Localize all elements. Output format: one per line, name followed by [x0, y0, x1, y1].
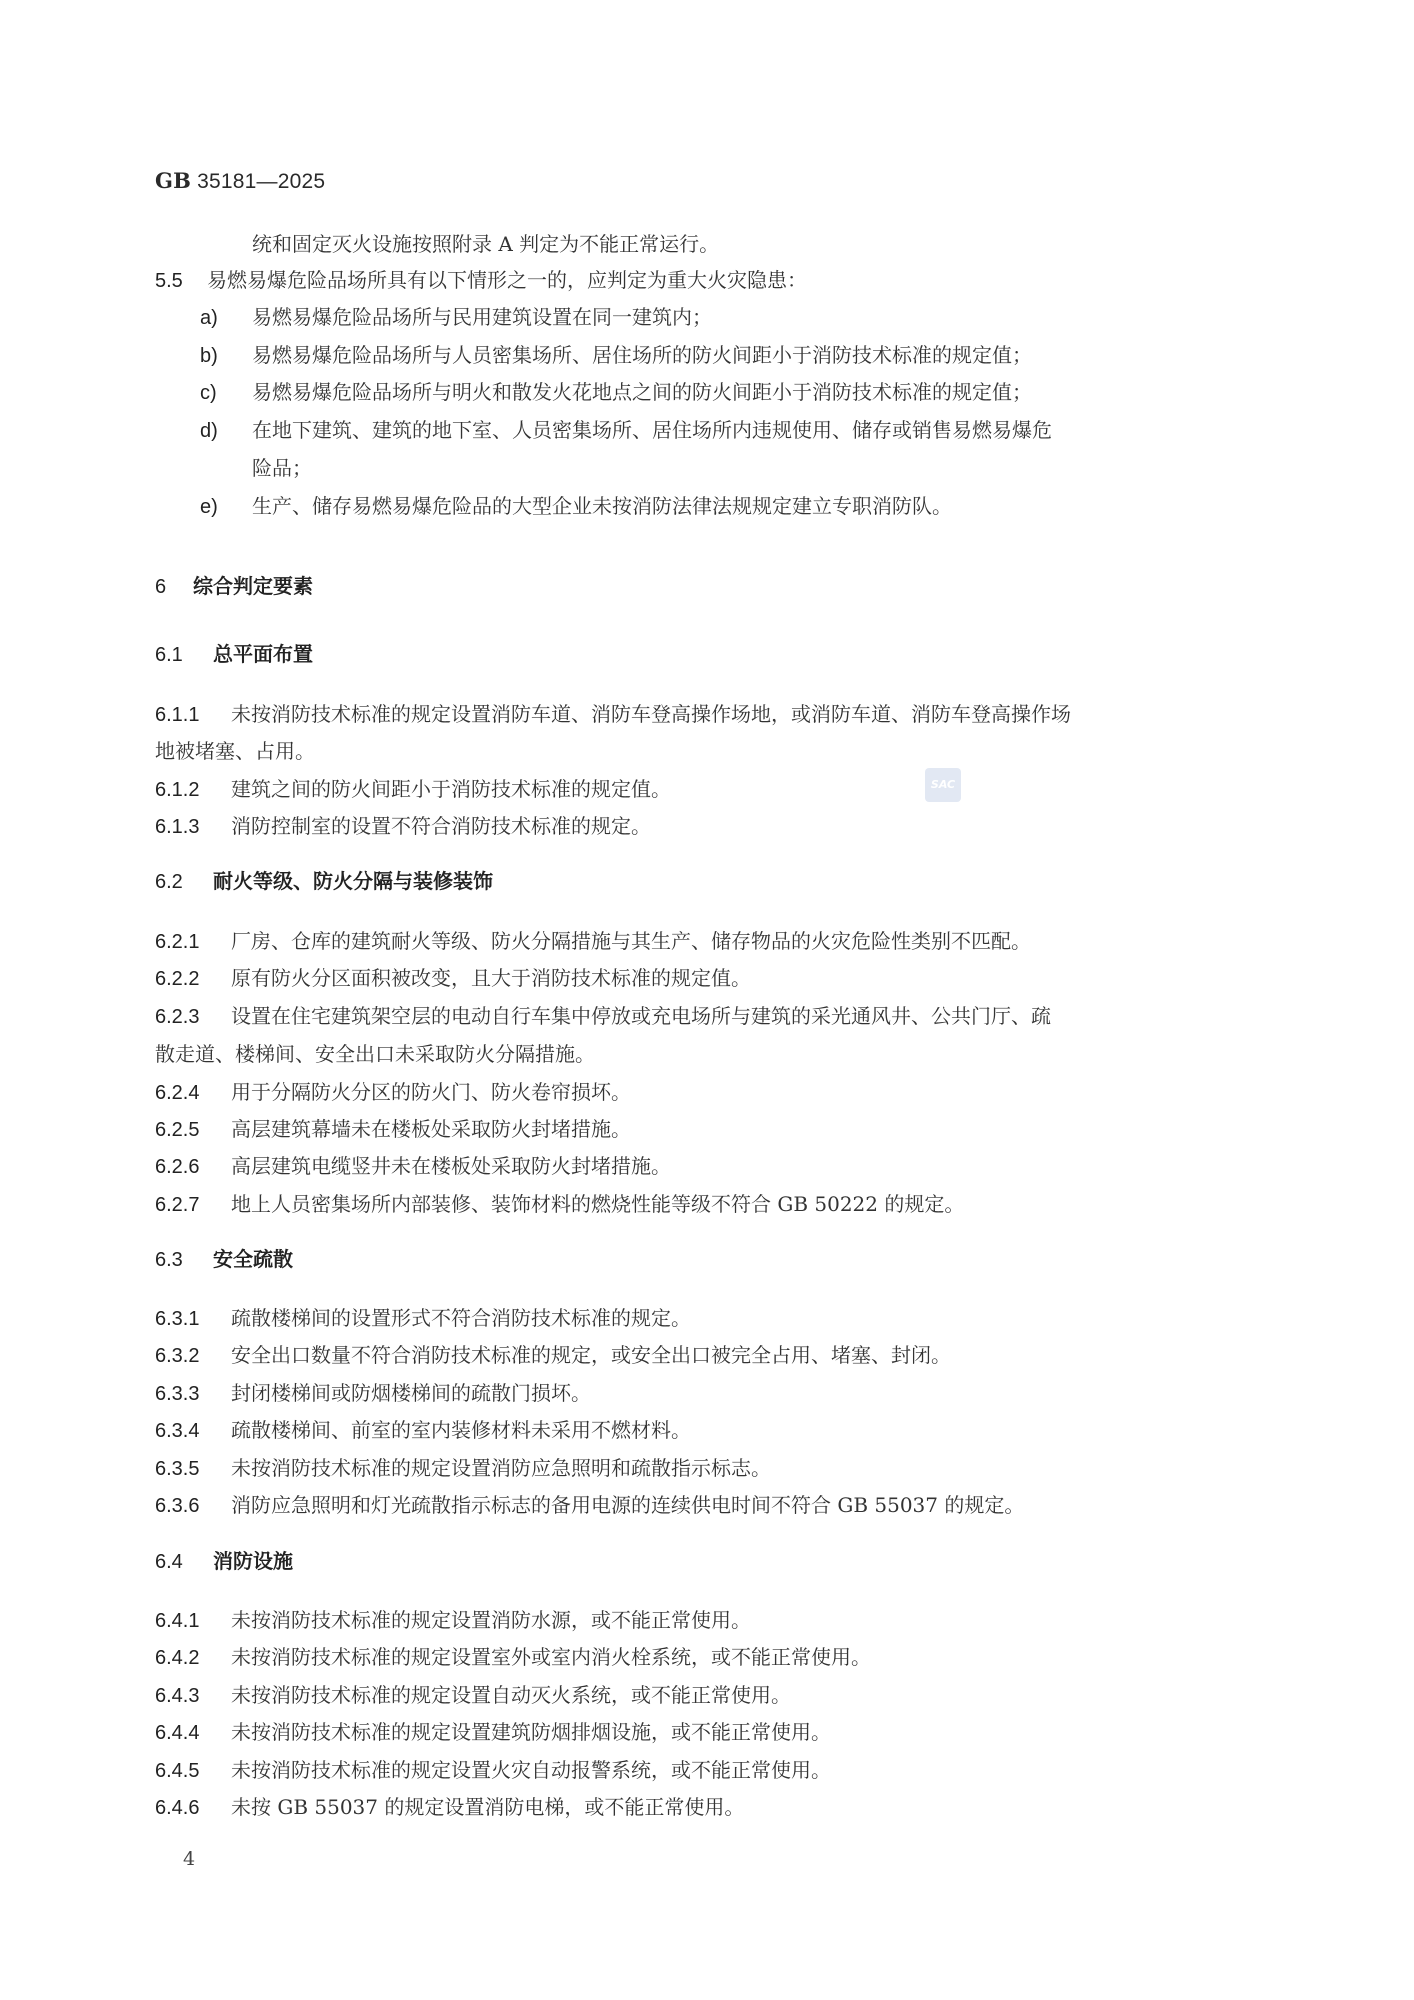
clause-text: 高层建筑幕墙未在楼板处采取防火封堵措施。 — [231, 1117, 631, 1141]
clause-6-2-5: 6.2.5高层建筑幕墙未在楼板处采取防火封堵措施。 — [155, 1115, 631, 1144]
section-6-3-heading: 6.3安全疏散 — [155, 1245, 293, 1274]
standard-code-prefix: GB — [155, 168, 191, 193]
clause-number: 6.4.3 — [155, 1682, 231, 1710]
clause-6-4-3: 6.4.3未按消防技术标准的规定设置自动灭火系统，或不能正常使用。 — [155, 1681, 791, 1710]
continuation-text: 统和固定灭火设施按照附录 A 判定为不能正常运行。 — [252, 230, 719, 258]
section-6-2-heading: 6.2耐火等级、防火分隔与装修装饰 — [155, 867, 493, 896]
clause-6-2-2: 6.2.2原有防火分区面积被改变，且大于消防技术标准的规定值。 — [155, 964, 751, 993]
clause-number: 6.1.1 — [155, 701, 231, 729]
clause-6-3-5: 6.3.5未按消防技术标准的规定设置消防应急照明和疏散指示标志。 — [155, 1454, 771, 1483]
clause-6-2-3: 6.2.3设置在住宅建筑架空层的电动自行车集中停放或充电场所与建筑的采光通风井、… — [155, 1002, 1051, 1031]
clause-text: 未按消防技术标准的规定设置火灾自动报警系统，或不能正常使用。 — [231, 1758, 831, 1782]
clause-6-2-3-continuation: 散走道、楼梯间、安全出口未采取防火分隔措施。 — [155, 1040, 595, 1068]
list-item-c: c)易燃易爆危险品场所与明火和散发火花地点之间的防火间距小于消防技术标准的规定值… — [200, 378, 1032, 407]
clause-number: 6.2.1 — [155, 928, 231, 956]
section-title: 总平面布置 — [213, 642, 313, 666]
clause-number: 6.4.4 — [155, 1719, 231, 1747]
clause-number: 6.3.5 — [155, 1455, 231, 1483]
section-number: 6 — [155, 573, 193, 601]
section-number: 6.3 — [155, 1246, 213, 1274]
clause-number: 6.3.2 — [155, 1342, 231, 1370]
item-label: e) — [200, 493, 252, 521]
clause-text: 未按 GB 55037 的规定设置消防电梯，或不能正常使用。 — [231, 1795, 744, 1819]
clause-number: 6.2.5 — [155, 1116, 231, 1144]
clause-text: 未按消防技术标准的规定设置消防车道、消防车登高操作场地，或消防车道、消防车登高操… — [231, 702, 1071, 726]
section-number: 6.4 — [155, 1548, 213, 1576]
clause-number: 6.4.5 — [155, 1757, 231, 1785]
list-item-d: d)在地下建筑、建筑的地下室、人员密集场所、居住场所内违规使用、储存或销售易燃易… — [200, 416, 1052, 445]
item-label: d) — [200, 417, 252, 445]
clause-6-2-1: 6.2.1厂房、仓库的建筑耐火等级、防火分隔措施与其生产、储存物品的火灾危险性类… — [155, 927, 1031, 956]
clause-text: 未按消防技术标准的规定设置消防应急照明和疏散指示标志。 — [231, 1456, 771, 1480]
clause-number: 6.3.1 — [155, 1305, 231, 1333]
clause-text: 封闭楼梯间或防烟楼梯间的疏散门损坏。 — [231, 1381, 591, 1405]
section-number: 6.2 — [155, 868, 213, 896]
clause-6-3-2: 6.3.2安全出口数量不符合消防技术标准的规定，或安全出口被完全占用、堵塞、封闭… — [155, 1341, 951, 1370]
list-item-d-continuation: 险品； — [252, 454, 312, 482]
standard-code: GB 35181—2025 — [155, 168, 325, 194]
clause-text: 未按消防技术标准的规定设置消防水源，或不能正常使用。 — [231, 1608, 751, 1632]
clause-text: 用于分隔防火分区的防火门、防火卷帘损坏。 — [231, 1080, 631, 1104]
sac-watermark-logo: SAC — [925, 768, 961, 802]
clause-number: 6.2.3 — [155, 1003, 231, 1031]
clause-6-4-6: 6.4.6未按 GB 55037 的规定设置消防电梯，或不能正常使用。 — [155, 1793, 744, 1822]
clause-text: 原有防火分区面积被改变，且大于消防技术标准的规定值。 — [231, 966, 751, 990]
section-title: 消防设施 — [213, 1549, 293, 1573]
item-label: c) — [200, 379, 252, 407]
section-6-1-heading: 6.1总平面布置 — [155, 640, 313, 669]
clause-6-1-3: 6.1.3消防控制室的设置不符合消防技术标准的规定。 — [155, 812, 651, 841]
clause-text: 易燃易爆危险品场所具有以下情形之一的，应判定为重大火灾隐患： — [207, 268, 807, 292]
clause-6-1-2: 6.1.2建筑之间的防火间距小于消防技术标准的规定值。 — [155, 775, 671, 804]
item-text: 易燃易爆危险品场所与明火和散发火花地点之间的防火间距小于消防技术标准的规定值； — [252, 380, 1032, 404]
clause-text: 消防应急照明和灯光疏散指示标志的备用电源的连续供电时间不符合 GB 55037 … — [231, 1493, 1024, 1517]
section-title: 综合判定要素 — [193, 574, 313, 598]
clause-number: 6.3.6 — [155, 1492, 231, 1520]
list-item-a: a)易燃易爆危险品场所与民用建筑设置在同一建筑内； — [200, 303, 712, 332]
clause-number: 5.5 — [155, 267, 207, 295]
item-text: 易燃易爆危险品场所与人员密集场所、居住场所的防火间距小于消防技术标准的规定值； — [252, 343, 1032, 367]
clause-text: 安全出口数量不符合消防技术标准的规定，或安全出口被完全占用、堵塞、封闭。 — [231, 1343, 951, 1367]
clause-text: 消防控制室的设置不符合消防技术标准的规定。 — [231, 814, 651, 838]
clause-number: 6.4.2 — [155, 1644, 231, 1672]
clause-6-3-3: 6.3.3封闭楼梯间或防烟楼梯间的疏散门损坏。 — [155, 1379, 591, 1408]
section-number: 6.1 — [155, 641, 213, 669]
clause-number: 6.4.1 — [155, 1607, 231, 1635]
list-item-b: b)易燃易爆危险品场所与人员密集场所、居住场所的防火间距小于消防技术标准的规定值… — [200, 341, 1032, 370]
clause-6-2-4: 6.2.4用于分隔防火分区的防火门、防火卷帘损坏。 — [155, 1078, 631, 1107]
item-text: 易燃易爆危险品场所与民用建筑设置在同一建筑内； — [252, 305, 712, 329]
clause-text: 厂房、仓库的建筑耐火等级、防火分隔措施与其生产、储存物品的火灾危险性类别不匹配。 — [231, 929, 1031, 953]
item-label: a) — [200, 304, 252, 332]
standard-code-number: 35181—2025 — [191, 170, 325, 193]
clause-6-4-2: 6.4.2未按消防技术标准的规定设置室外或室内消火栓系统，或不能正常使用。 — [155, 1643, 871, 1672]
section-title: 耐火等级、防火分隔与装修装饰 — [213, 869, 493, 893]
clause-number: 6.1.3 — [155, 813, 231, 841]
clause-6-2-7: 6.2.7地上人员密集场所内部装修、装饰材料的燃烧性能等级不符合 GB 5022… — [155, 1190, 964, 1219]
clause-6-3-4: 6.3.4疏散楼梯间、前室的室内装修材料未采用不燃材料。 — [155, 1416, 691, 1445]
section-title: 安全疏散 — [213, 1247, 293, 1271]
list-item-e: e)生产、储存易燃易爆危险品的大型企业未按消防法律法规规定建立专职消防队。 — [200, 492, 952, 521]
clause-6-2-6: 6.2.6高层建筑电缆竖井未在楼板处采取防火封堵措施。 — [155, 1152, 671, 1181]
clause-text: 设置在住宅建筑架空层的电动自行车集中停放或充电场所与建筑的采光通风井、公共门厅、… — [231, 1004, 1051, 1028]
clause-6-1-1-continuation: 地被堵塞、占用。 — [155, 737, 315, 765]
section-6-heading: 6综合判定要素 — [155, 572, 313, 601]
clause-number: 6.4.6 — [155, 1794, 231, 1822]
clause-6-4-5: 6.4.5未按消防技术标准的规定设置火灾自动报警系统，或不能正常使用。 — [155, 1756, 831, 1785]
section-6-4-heading: 6.4消防设施 — [155, 1547, 293, 1576]
clause-text: 未按消防技术标准的规定设置室外或室内消火栓系统，或不能正常使用。 — [231, 1645, 871, 1669]
clause-number: 6.3.3 — [155, 1380, 231, 1408]
clause-number: 6.3.4 — [155, 1417, 231, 1445]
clause-number: 6.2.6 — [155, 1153, 231, 1181]
clause-6-4-4: 6.4.4未按消防技术标准的规定设置建筑防烟排烟设施，或不能正常使用。 — [155, 1718, 831, 1747]
clause-text: 未按消防技术标准的规定设置自动灭火系统，或不能正常使用。 — [231, 1683, 791, 1707]
clause-text: 高层建筑电缆竖井未在楼板处采取防火封堵措施。 — [231, 1154, 671, 1178]
clause-text: 建筑之间的防火间距小于消防技术标准的规定值。 — [231, 777, 671, 801]
item-text: 在地下建筑、建筑的地下室、人员密集场所、居住场所内违规使用、储存或销售易燃易爆危 — [252, 418, 1052, 442]
page-number: 4 — [183, 1848, 195, 1870]
clause-6-1-1: 6.1.1未按消防技术标准的规定设置消防车道、消防车登高操作场地，或消防车道、消… — [155, 700, 1071, 729]
clause-number: 6.2.7 — [155, 1191, 231, 1219]
clause-6-3-6: 6.3.6消防应急照明和灯光疏散指示标志的备用电源的连续供电时间不符合 GB 5… — [155, 1491, 1024, 1520]
item-label: b) — [200, 342, 252, 370]
item-text: 生产、储存易燃易爆危险品的大型企业未按消防法律法规规定建立专职消防队。 — [252, 494, 952, 518]
clause-text: 疏散楼梯间、前室的室内装修材料未采用不燃材料。 — [231, 1418, 691, 1442]
clause-number: 6.2.2 — [155, 965, 231, 993]
clause-text: 疏散楼梯间的设置形式不符合消防技术标准的规定。 — [231, 1306, 691, 1330]
clause-number: 6.1.2 — [155, 776, 231, 804]
document-page: GB 35181—2025 统和固定灭火设施按照附录 A 判定为不能正常运行。 … — [0, 0, 1414, 2000]
clause-6-4-1: 6.4.1未按消防技术标准的规定设置消防水源，或不能正常使用。 — [155, 1606, 751, 1635]
clause-5-5: 5.5易燃易爆危险品场所具有以下情形之一的，应判定为重大火灾隐患： — [155, 266, 807, 295]
clause-text: 未按消防技术标准的规定设置建筑防烟排烟设施，或不能正常使用。 — [231, 1720, 831, 1744]
clause-number: 6.2.4 — [155, 1079, 231, 1107]
clause-6-3-1: 6.3.1疏散楼梯间的设置形式不符合消防技术标准的规定。 — [155, 1304, 691, 1333]
clause-text: 地上人员密集场所内部装修、装饰材料的燃烧性能等级不符合 GB 50222 的规定… — [231, 1192, 964, 1216]
